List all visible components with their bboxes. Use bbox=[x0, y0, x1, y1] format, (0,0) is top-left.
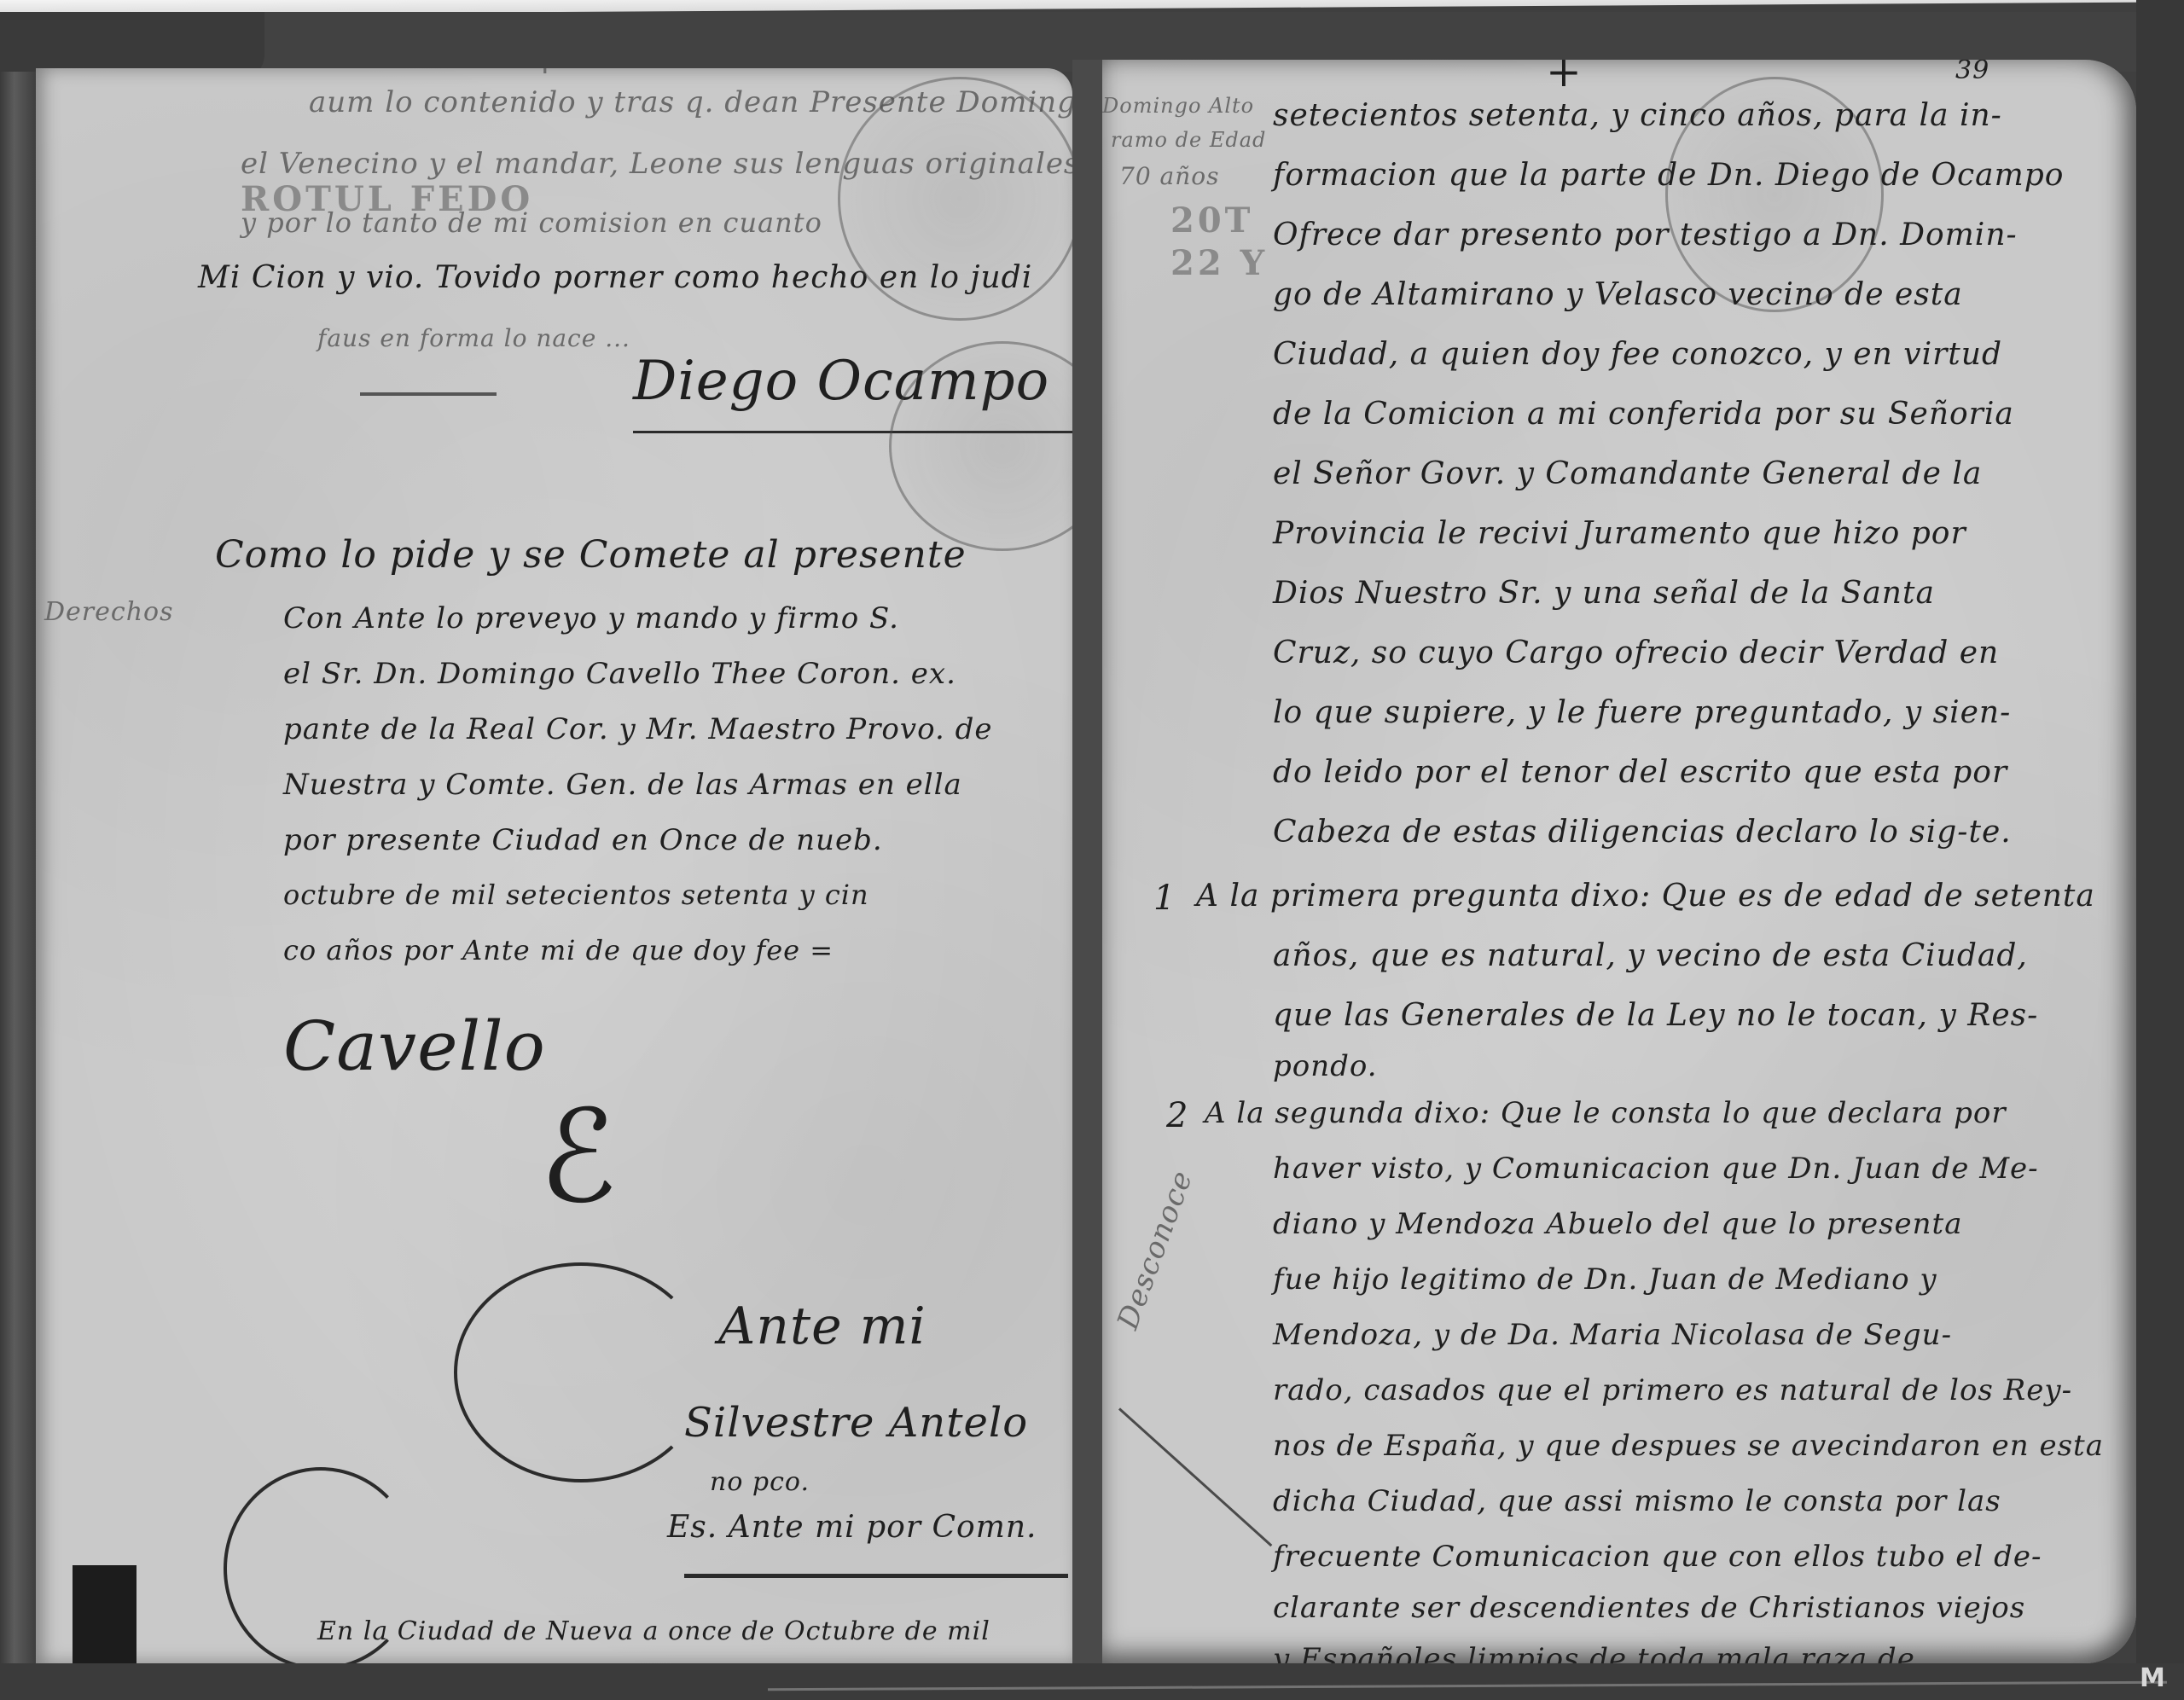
right-body-line-7: el Señor Govr. y Comandante General de l… bbox=[1273, 456, 1982, 491]
body-line-6: por presente Ciudad en Once de nueb. bbox=[283, 823, 883, 857]
answer-2-line-5: Mendoza, y de Da. Maria Nicolasa de Segu… bbox=[1273, 1318, 1952, 1352]
body-line-3: el Sr. Dn. Domingo Cavello Thee Coron. e… bbox=[283, 657, 956, 691]
right-body-line-12: do leido por el tenor del escrito que es… bbox=[1273, 755, 2007, 790]
answer-2-line-1: A la segunda dixo: Que le consta lo que … bbox=[1205, 1096, 2007, 1130]
left-line-3: y por lo tanto de mi comision en cuanto bbox=[241, 206, 822, 239]
book-left-edge bbox=[0, 72, 36, 1700]
signature-cavello: Cavello bbox=[283, 1007, 546, 1086]
right-body-line-2: formacion que la parte de Dn. Diego de O… bbox=[1273, 158, 2064, 193]
body-line-5: Nuestra y Comte. Gen. de las Armas en el… bbox=[283, 768, 962, 802]
right-body-line-1: setecientos setenta, y cinco años, para … bbox=[1273, 98, 2002, 133]
signature-silvestre-antelo: Silvestre Antelo bbox=[684, 1399, 1028, 1447]
answer-1-line-2: años, que es natural, y vecino de esta C… bbox=[1273, 938, 2028, 973]
right-body-line-6: de la Comicion a mi conferida por su Señ… bbox=[1273, 397, 2014, 432]
margin-note-line-3: 70 años bbox=[1119, 162, 1219, 190]
right-body-line-3: Ofrece dar presento por testigo a Dn. Do… bbox=[1273, 218, 2018, 252]
decorative-rule bbox=[360, 392, 497, 396]
answer-2-line-2: haver visto, y Comunicacion que Dn. Juan… bbox=[1273, 1152, 2039, 1186]
margin-note-line-1: Domingo Alto bbox=[1102, 94, 1254, 118]
signature-por-comision: Es. Ante mi por Comn. bbox=[667, 1510, 1037, 1545]
margin-note-line-2: ramo de Edad bbox=[1111, 128, 1266, 152]
answer-2-number: 2 bbox=[1166, 1096, 1188, 1135]
right-body-line-10: Cruz, so cuyo Cargo ofrecio decir Verdad… bbox=[1273, 635, 1999, 670]
left-bottom-line: En la Ciudad de Nueva a once de Octubre … bbox=[317, 1616, 990, 1646]
answer-2-line-8: dicha Ciudad, que assi mismo le consta p… bbox=[1273, 1484, 2001, 1518]
answer-2-line-7: nos de España, y que despues se avecinda… bbox=[1273, 1429, 2104, 1463]
margin-diagonal-stroke bbox=[1118, 1407, 1272, 1546]
scan-corner-mark: M bbox=[2140, 1663, 2165, 1693]
right-page: + 39 Domingo Alto ramo de Edad 70 años 2… bbox=[1102, 60, 2136, 1663]
body-line-7: octubre de mil setecientos setenta y cin bbox=[283, 879, 869, 911]
right-body-line-13: Cabeza de estas diligencias declaro lo s… bbox=[1273, 815, 2012, 850]
answer-2-line-10: clarante ser descendientes de Christiano… bbox=[1273, 1591, 2025, 1625]
right-body-line-5: Ciudad, a quien doy fee conozco, y en vi… bbox=[1273, 337, 2002, 372]
folio-number: 39 bbox=[1955, 60, 1989, 85]
signature-flourish-large bbox=[454, 1262, 708, 1482]
answer-2-line-9: frecuente Comunicacion que con ellos tub… bbox=[1273, 1540, 2042, 1574]
margin-note-vertical: Desconoce bbox=[1111, 1166, 1199, 1334]
body-line-4: pante de la Real Cor. y Mr. Maestro Prov… bbox=[283, 712, 992, 746]
left-line-5: faus en forma lo nace ... bbox=[317, 324, 630, 352]
answer-1-line-1: A la primera pregunta dixo: Que es de ed… bbox=[1196, 879, 2095, 914]
right-body-line-11: lo que supiere, y le fuere preguntado, y… bbox=[1273, 695, 2011, 730]
signature-notary-abbrev: no pco. bbox=[710, 1467, 810, 1497]
left-top-cross: + bbox=[531, 68, 561, 82]
margin-note-derechos: Derechos bbox=[44, 597, 173, 627]
bleedthrough-2: 22 Y bbox=[1170, 243, 1268, 283]
right-top-cross: + bbox=[1546, 60, 1583, 96]
book-right-edge bbox=[2136, 0, 2184, 1700]
body-line-8: co años por Ante mi de que doy fee = bbox=[283, 934, 834, 966]
signature-closing-rule bbox=[684, 1574, 1068, 1578]
right-body-line-4: go de Altamirano y Velasco vecino de est… bbox=[1273, 277, 1963, 312]
answer-2-line-6: rado, casados que el primero es natural … bbox=[1273, 1373, 2072, 1407]
left-page: + aum lo contenido y tras q. dean Presen… bbox=[36, 68, 1072, 1663]
book-bottom-border bbox=[0, 1663, 2184, 1700]
answer-1-line-4: pondo. bbox=[1273, 1049, 1378, 1083]
right-body-line-9: Dios Nuestro Sr. y una señal de la Santa bbox=[1273, 576, 1935, 611]
body-line-1: Como lo pide y se Comete al presente bbox=[215, 533, 967, 577]
right-body-line-8: Provincia le recivi Juramento que hizo p… bbox=[1273, 516, 1966, 551]
signature-flourish-e: ℰ bbox=[539, 1083, 618, 1232]
answer-2-line-3: diano y Mendoza Abuelo del que lo presen… bbox=[1273, 1207, 1963, 1241]
body-line-2: Con Ante lo preveyo y mando y firmo S. bbox=[283, 601, 899, 635]
book-gutter bbox=[1072, 60, 1102, 1700]
archive-stamp-top bbox=[838, 77, 1072, 321]
answer-2-line-4: fue hijo legitimo de Dn. Juan de Mediano… bbox=[1273, 1262, 1937, 1297]
signature-ante-mi: Ante mi bbox=[718, 1297, 926, 1356]
answer-2-line-11: y Españoles limpios de toda mala raza de bbox=[1273, 1642, 1915, 1663]
answer-1-number: 1 bbox=[1153, 879, 1176, 918]
answer-1-line-3: que las Generales de la Ley no le tocan,… bbox=[1273, 998, 2038, 1033]
bleedthrough-1: 20T bbox=[1170, 200, 1253, 241]
